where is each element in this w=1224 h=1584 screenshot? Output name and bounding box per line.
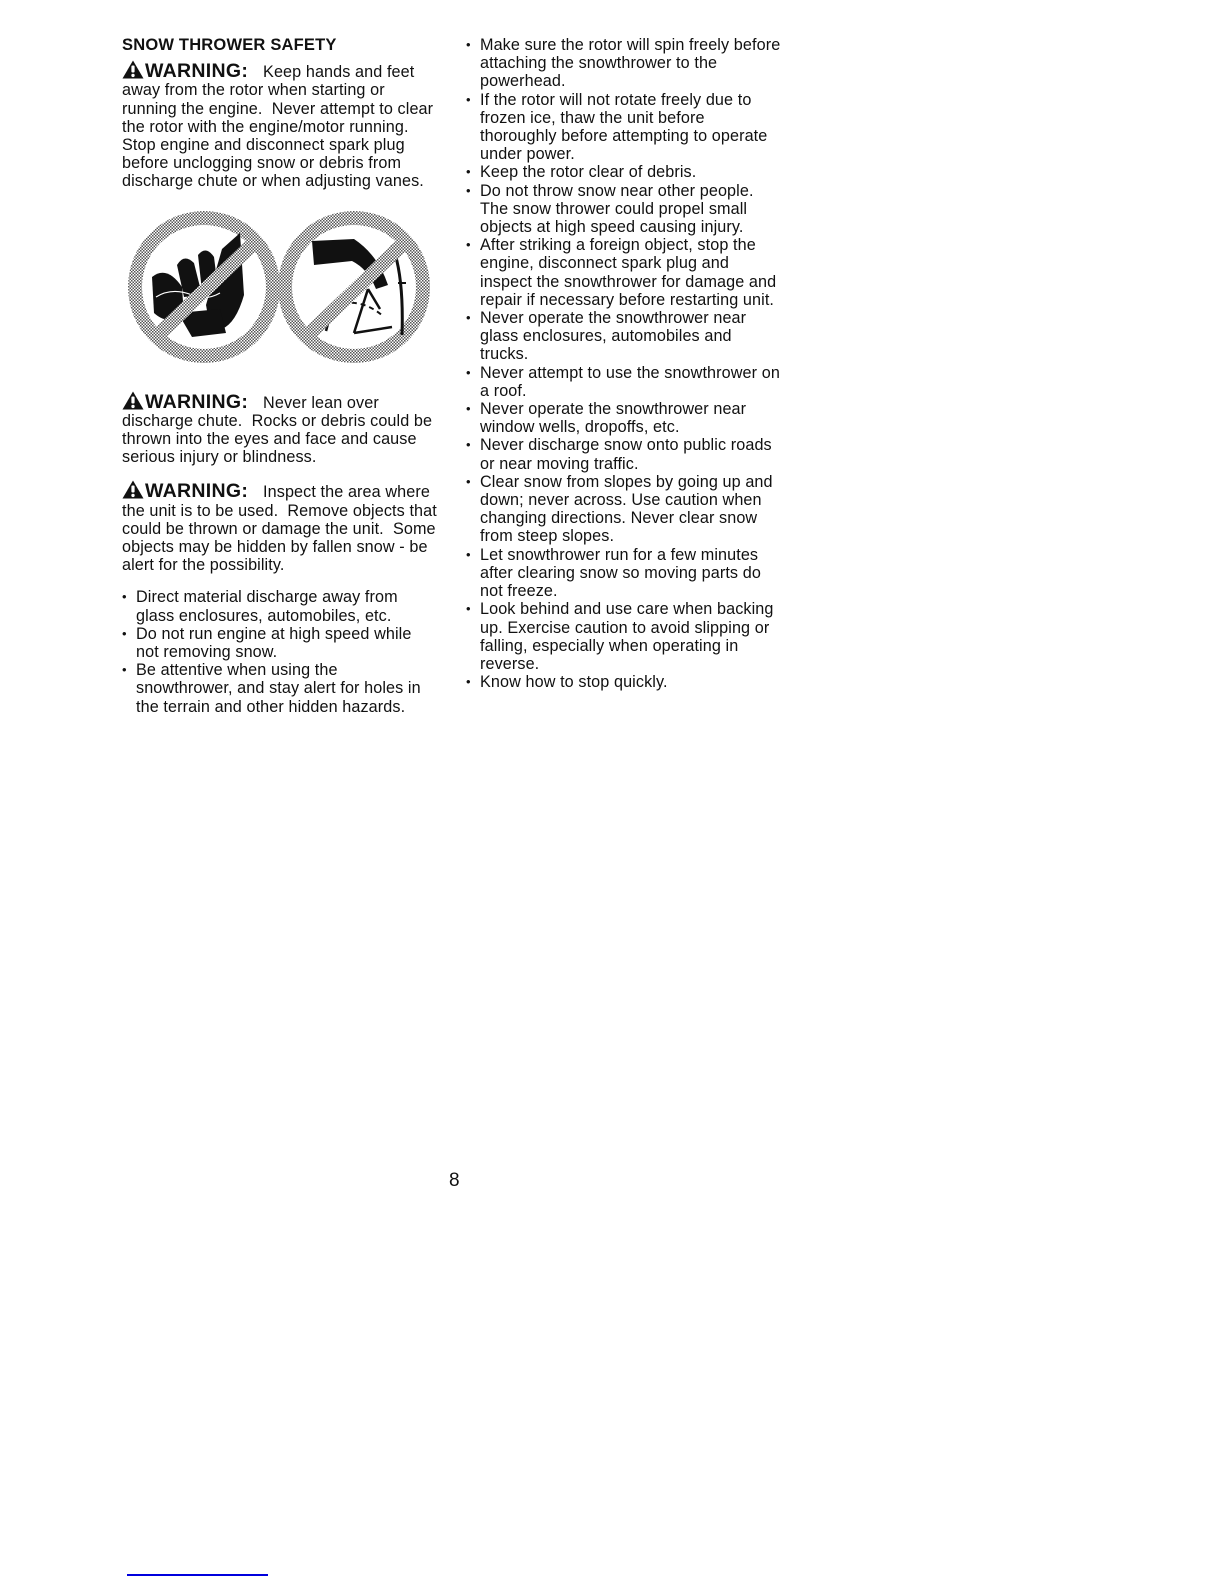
list-item: Do not throw snow near other people. The… bbox=[466, 182, 782, 237]
warning-label: WARNING: bbox=[145, 60, 248, 82]
safety-illustration-graphic bbox=[122, 205, 438, 375]
left-bullet-list: Direct material discharge away from glas… bbox=[122, 588, 438, 715]
alert-triangle-icon bbox=[122, 391, 144, 410]
list-item: Clear snow from slopes by going up and d… bbox=[466, 473, 782, 546]
list-item: Never attempt to use the snowthrower on … bbox=[466, 364, 782, 400]
right-bullet-list: Make sure the rotor will spin freely bef… bbox=[466, 36, 782, 691]
list-item: Keep the rotor clear of debris. bbox=[466, 163, 782, 181]
list-item: If the rotor will not rotate freely due … bbox=[466, 91, 782, 164]
warning-text: Keep hands and feet away from the rotor … bbox=[122, 63, 438, 190]
warning-label: WARNING: bbox=[145, 480, 248, 502]
list-item: After striking a foreign object, stop th… bbox=[466, 236, 782, 309]
warning-label: WARNING: bbox=[145, 391, 248, 413]
list-item: Be attentive when using the snowthrower,… bbox=[122, 661, 438, 716]
alert-triangle-icon bbox=[122, 60, 144, 79]
list-item: Never discharge snow onto public roads o… bbox=[466, 436, 782, 472]
list-item: Let snowthrower run for a few minutes af… bbox=[466, 546, 782, 601]
page-number: 8 bbox=[449, 1170, 460, 1192]
list-item: Never operate the snowthrower near glass… bbox=[466, 309, 782, 364]
warning-lead: WARNING: bbox=[122, 60, 254, 82]
right-column: Make sure the rotor will spin freely bef… bbox=[466, 36, 782, 691]
warning-lead: WARNING: bbox=[122, 480, 254, 502]
warning-rotor: WARNING: Keep hands and feet away from t… bbox=[122, 60, 438, 190]
safety-illustration bbox=[122, 205, 438, 375]
list-item: Never operate the snowthrower near windo… bbox=[466, 400, 782, 436]
no-hands-in-rotor-icon bbox=[128, 211, 280, 363]
left-column: SNOW THROWER SAFETY WARNING: Keep hands … bbox=[122, 36, 438, 716]
list-item: Know how to stop quickly. bbox=[466, 673, 782, 691]
warning-inspect-area: WARNING: Inspect the area where the unit… bbox=[122, 480, 438, 574]
alert-triangle-icon bbox=[122, 480, 144, 499]
warning-discharge-chute: WARNING: Never lean over discharge chute… bbox=[122, 391, 438, 467]
warning-lead: WARNING: bbox=[122, 391, 254, 413]
list-item: Make sure the rotor will spin freely bef… bbox=[466, 36, 782, 91]
list-item: Look behind and use care when backing up… bbox=[466, 600, 782, 673]
no-leaning-over-chute-icon bbox=[278, 211, 430, 363]
section-title: SNOW THROWER SAFETY bbox=[122, 36, 438, 54]
list-item: Do not run engine at high speed while no… bbox=[122, 625, 438, 661]
footnote-rule bbox=[127, 1574, 268, 1576]
list-item: Direct material discharge away from glas… bbox=[122, 588, 438, 624]
